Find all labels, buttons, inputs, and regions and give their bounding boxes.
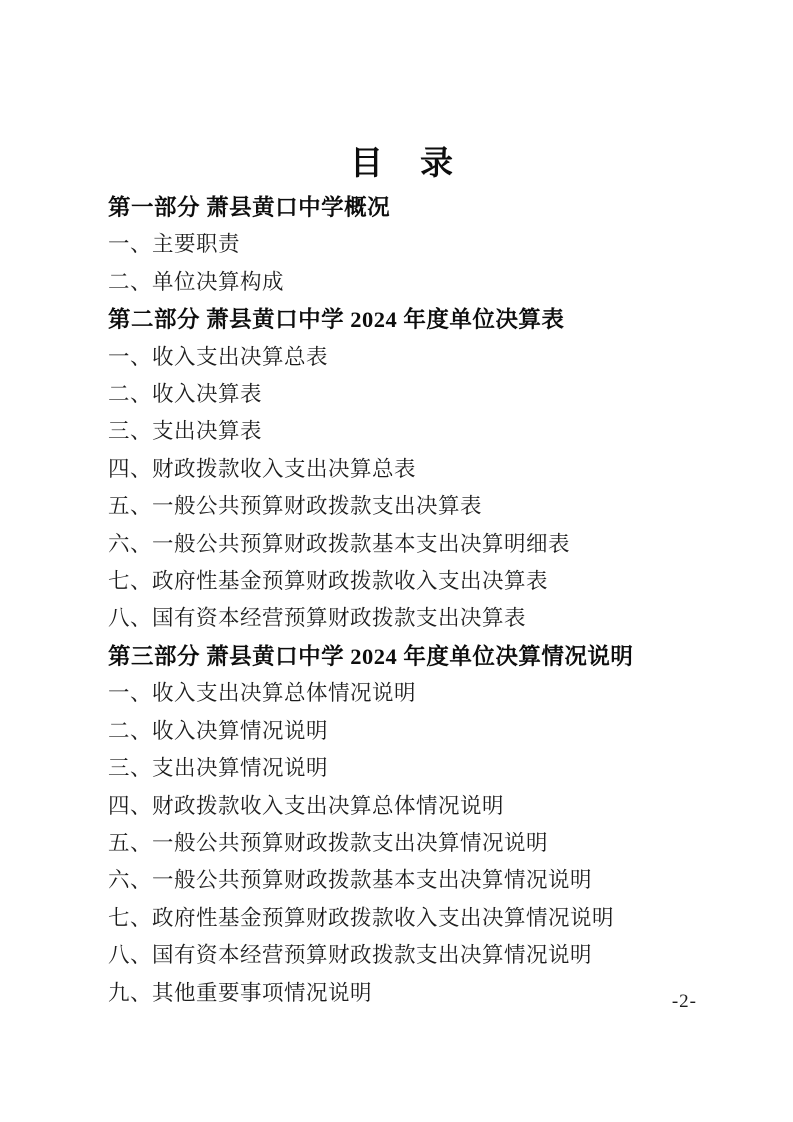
toc-section-heading-2: 第二部分 萧县黄口中学 2024 年度单位决算表	[108, 301, 700, 338]
toc-item: 八、国有资本经营预算财政拨款支出决算表	[108, 600, 700, 637]
toc-item: 五、一般公共预算财政拨款支出决算情况说明	[108, 825, 700, 862]
toc-item: 七、政府性基金预算财政拨款收入支出决算表	[108, 563, 700, 600]
toc-item: 六、一般公共预算财政拨款基本支出决算情况说明	[108, 862, 700, 899]
toc-item: 三、支出决算情况说明	[108, 750, 700, 787]
document-page: 目 录 第一部分 萧县黄口中学概况一、主要职责二、单位决算构成第二部分 萧县黄口…	[0, 0, 793, 1122]
toc-item: 八、国有资本经营预算财政拨款支出决算情况说明	[108, 937, 700, 974]
toc-item: 四、财政拨款收入支出决算总表	[108, 451, 700, 488]
toc-item: 二、收入决算表	[108, 376, 700, 413]
toc-section-heading-3: 第三部分 萧县黄口中学 2024 年度单位决算情况说明	[108, 638, 700, 675]
toc-item: 一、主要职责	[108, 226, 700, 263]
toc-item: 三、支出决算表	[108, 413, 700, 450]
toc-item: 七、政府性基金预算财政拨款收入支出决算情况说明	[108, 900, 700, 937]
toc-item: 二、单位决算构成	[108, 264, 700, 301]
page-number: -2-	[672, 991, 697, 1013]
toc-item: 一、收入支出决算总体情况说明	[108, 675, 700, 712]
toc-section-heading-1: 第一部分 萧县黄口中学概况	[108, 189, 700, 226]
toc-item: 一、收入支出决算总表	[108, 339, 700, 376]
page-title: 目 录	[108, 142, 697, 186]
table-of-contents: 第一部分 萧县黄口中学概况一、主要职责二、单位决算构成第二部分 萧县黄口中学 2…	[108, 189, 700, 1012]
toc-item: 四、财政拨款收入支出决算总体情况说明	[108, 788, 700, 825]
toc-item: 五、一般公共预算财政拨款支出决算表	[108, 488, 700, 525]
toc-item: 九、其他重要事项情况说明	[108, 975, 700, 1012]
toc-item: 六、一般公共预算财政拨款基本支出决算明细表	[108, 526, 700, 563]
toc-item: 二、收入决算情况说明	[108, 713, 700, 750]
